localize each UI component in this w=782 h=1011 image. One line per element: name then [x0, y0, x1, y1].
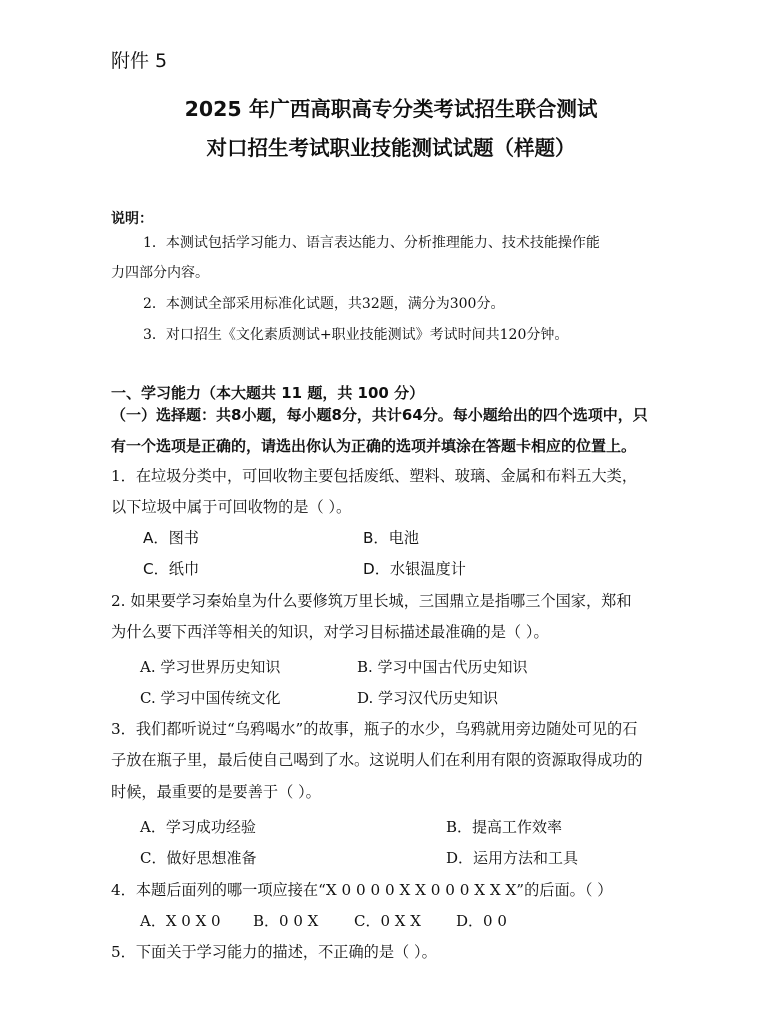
question-3-line3: 时候，最重要的是要善于（ ）。 [111, 781, 321, 802]
question-4-option-b[interactable]: B．0 0 X [253, 910, 318, 931]
document-title-line1: 2025 年广西高职高专分类考试招生联合测试 [0, 92, 782, 122]
question-4-option-c[interactable]: C．0 X X [354, 910, 421, 931]
question-4-line1: 4．本题后面列的哪一项应接在“X 0 0 0 0 X X 0 0 0 X X X… [111, 879, 612, 900]
notes-label: 说明： [111, 208, 153, 228]
question-1-option-a[interactable]: A．图书 [143, 527, 199, 548]
attachment-label: 附件 5 [111, 46, 167, 73]
question-1-option-b[interactable]: B．电池 [363, 527, 419, 548]
question-2-option-d[interactable]: D. 学习汉代历史知识 [357, 687, 498, 708]
question-2-line1: 2. 如果要学习秦始皇为什么要修筑万里长城，三国鼎立是指哪三个国家，郑和 [111, 590, 632, 611]
question-3-line2: 子放在瓶子里，最后使自己喝到了水。这说明人们在利用有限的资源取得成功的 [111, 749, 643, 770]
question-3-line1: 3．我们都听说过“乌鸦喝水”的故事，瓶子的水少，乌鸦就用旁边随处可见的石 [111, 718, 637, 739]
question-1-line1: 1．在垃圾分类中，可回收物主要包括废纸、塑料、玻璃、金属和布料五大类， [111, 465, 637, 486]
note-item-1: 1．本测试包括学习能力、语言表达能力、分析推理能力、技术技能操作能 [143, 232, 600, 252]
note-item-1-cont: 力四部分内容。 [111, 262, 209, 282]
note-item-3: 3．对口招生《文化素质测试+职业技能测试》考试时间共120分钟。 [143, 324, 568, 344]
question-2-option-a[interactable]: A. 学习世界历史知识 [140, 656, 280, 677]
question-2-option-b[interactable]: B. 学习中国古代历史知识 [357, 656, 528, 677]
question-3-option-b[interactable]: B．提高工作效率 [446, 816, 562, 837]
question-1-option-d[interactable]: D．水银温度计 [363, 558, 466, 579]
question-3-option-c[interactable]: C．做好思想准备 [140, 847, 256, 868]
question-3-option-a[interactable]: A．学习成功经验 [140, 816, 256, 837]
question-4-option-d[interactable]: D．0 0 [456, 910, 507, 931]
section-subheading-line1: （一）选择题：共8小题，每小题8分，共计64分。每小题给出的四个选项中，只 [111, 404, 648, 425]
section-heading: 一、学习能力（本大题共 11 题，共 100 分） [111, 382, 424, 403]
question-1-line2: 以下垃圾中属于可回收物的是（ ）。 [111, 496, 351, 517]
section-subheading-line2: 有一个选项是正确的，请选出你认为正确的选项并填涂在答题卡相应的位置上。 [111, 435, 636, 456]
question-2-line2: 为什么要下西洋等相关的知识，对学习目标描述最准确的是（ ）。 [111, 621, 549, 642]
question-1-option-c[interactable]: C．纸巾 [143, 558, 199, 579]
document-title-line2: 对口招生考试职业技能测试试题（样题） [0, 131, 782, 161]
question-2-option-c[interactable]: C. 学习中国传统文化 [140, 687, 280, 708]
question-5-line1: 5．下面关于学习能力的描述，不正确的是（ ）。 [111, 941, 437, 962]
note-item-2: 2．本测试全部采用标准化试题，共32题，满分为300分。 [143, 293, 504, 313]
question-4-option-a[interactable]: A．X 0 X 0 [140, 910, 221, 931]
question-3-option-d[interactable]: D．运用方法和工具 [446, 847, 578, 868]
